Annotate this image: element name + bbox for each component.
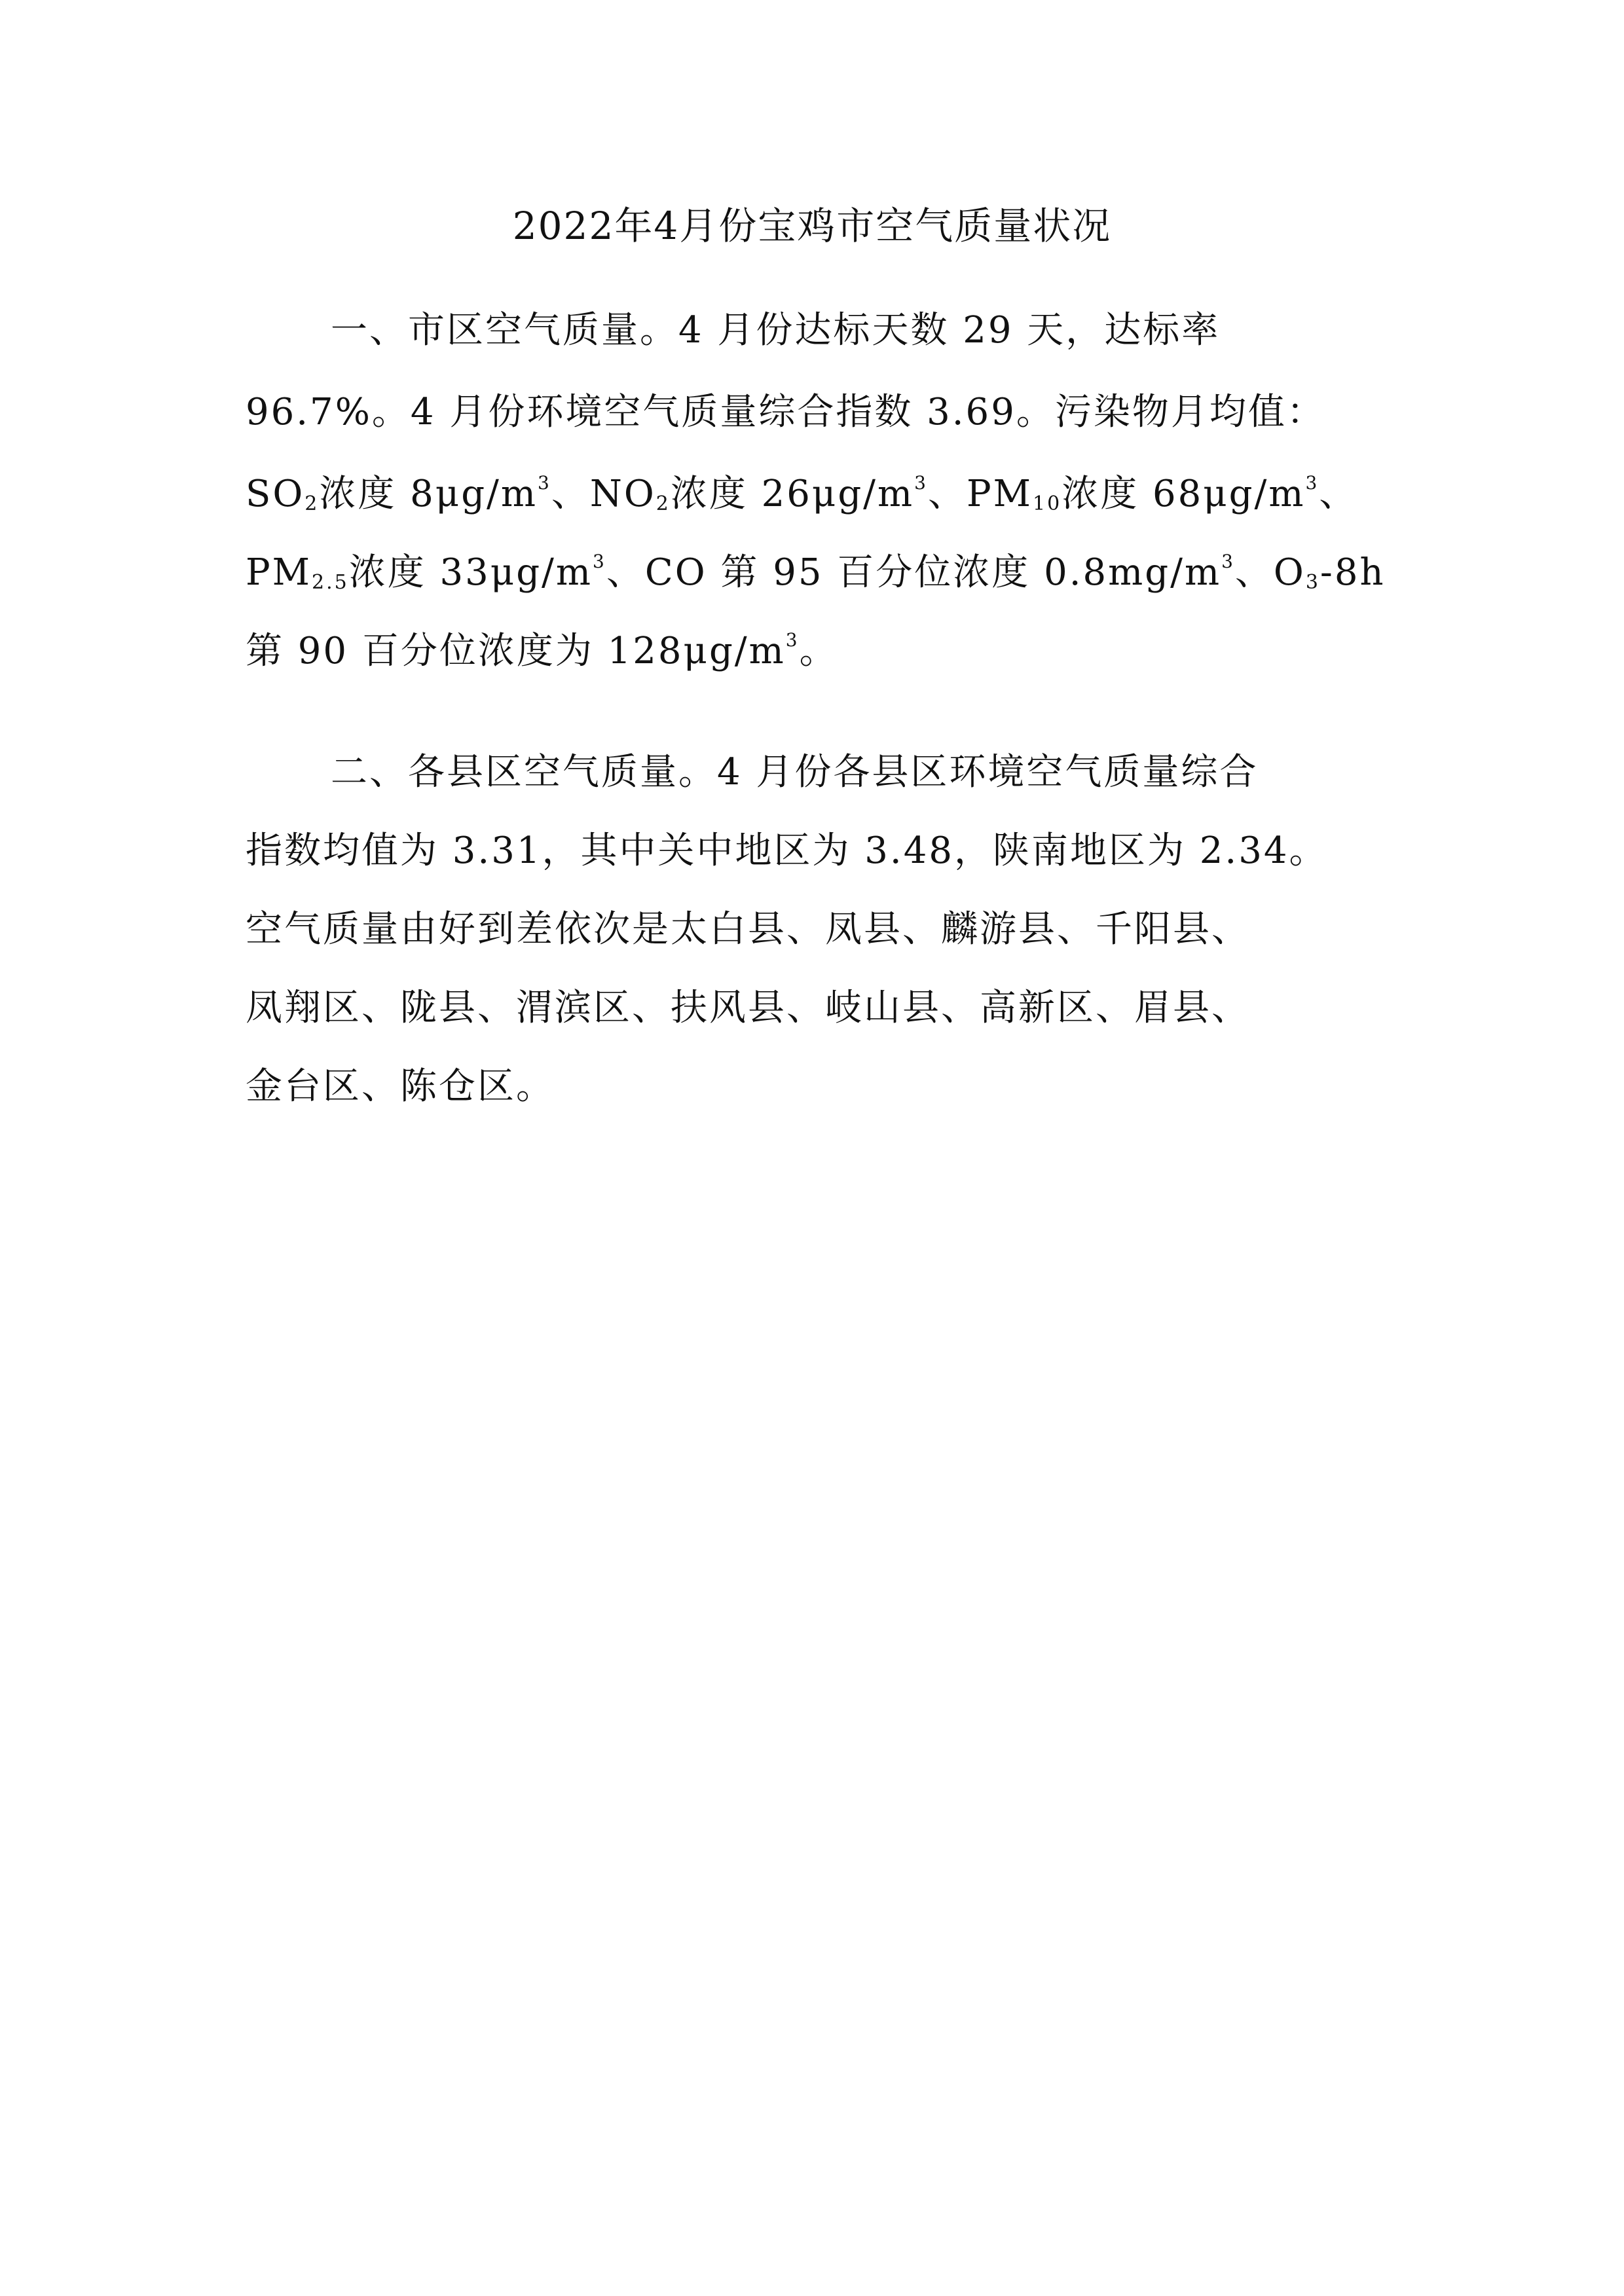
punctuation: 、 — [1319, 473, 1357, 515]
subscript: 2 — [656, 492, 671, 515]
o3-suffix: -8h — [1320, 551, 1386, 594]
pm25-value: 浓度 33μg/m — [349, 551, 593, 594]
superscript: 3 — [538, 472, 551, 494]
pollutant-line: PM2.5浓度 33μg/m3、CO 第 95 百分位浓度 0.8mg/m3、O… — [246, 547, 1398, 599]
superscript: 3 — [914, 472, 928, 494]
so2-value: 浓度 8μg/m — [319, 473, 538, 515]
pollutant-line: 第 90 百分位浓度为 128μg/m3。 — [246, 625, 1398, 678]
punctuation: 。 — [800, 630, 838, 672]
superscript: 3 — [593, 551, 606, 572]
subscript: 2 — [304, 492, 319, 515]
paragraph-line: 二、各县区空气质量。4 月份各县区环境空气质量综合 — [331, 746, 1398, 799]
pm10-label: 、PM — [928, 473, 1033, 515]
o3-value: 第 90 百分位浓度为 128μg/m — [246, 630, 786, 672]
o3-label: 、O — [1235, 551, 1306, 594]
paragraph-line: 一、市区空气质量。4 月份达标天数 29 天，达标率 — [331, 304, 1398, 357]
superscript: 3 — [786, 629, 800, 651]
paragraph-line: 凤翔区、陇县、渭滨区、扶风县、岐山县、高新区、眉县、 — [246, 982, 1398, 1034]
no2-value: 浓度 26μg/m — [671, 473, 914, 515]
paragraph-line: 指数均值为 3.31，其中关中地区为 3.48，陕南地区为 2.34。 — [246, 825, 1398, 877]
co-value: 、CO 第 95 百分位浓度 0.8mg/m — [606, 551, 1221, 594]
superscript: 3 — [1305, 472, 1319, 494]
subscript: 2.5 — [312, 571, 349, 594]
document-title: 2022年4月份宝鸡市空气质量状况 — [0, 196, 1624, 255]
so2-label: SO — [246, 473, 304, 515]
superscript: 3 — [1221, 551, 1235, 572]
paragraph-line: 金台区、陈仓区。 — [246, 1061, 1398, 1113]
pm10-value: 浓度 68μg/m — [1061, 473, 1305, 515]
subscript: 3 — [1306, 571, 1320, 594]
pm25-label: PM — [246, 551, 312, 594]
pollutant-line: SO2浓度 8μg/m3、NO2浓度 26μg/m3、PM10浓度 68μg/m… — [246, 468, 1398, 520]
paragraph-line: 空气质量由好到差依次是太白县、凤县、麟游县、千阳县、 — [246, 903, 1398, 956]
subscript: 10 — [1033, 492, 1061, 515]
document-page: 2022年4月份宝鸡市空气质量状况 一、市区空气质量。4 月份达标天数 29 天… — [0, 0, 1624, 2296]
no2-label: 、NO — [551, 473, 656, 515]
paragraph-line: 96.7%。4 月份环境空气质量综合指数 3.69。污染物月均值： — [246, 386, 1398, 439]
